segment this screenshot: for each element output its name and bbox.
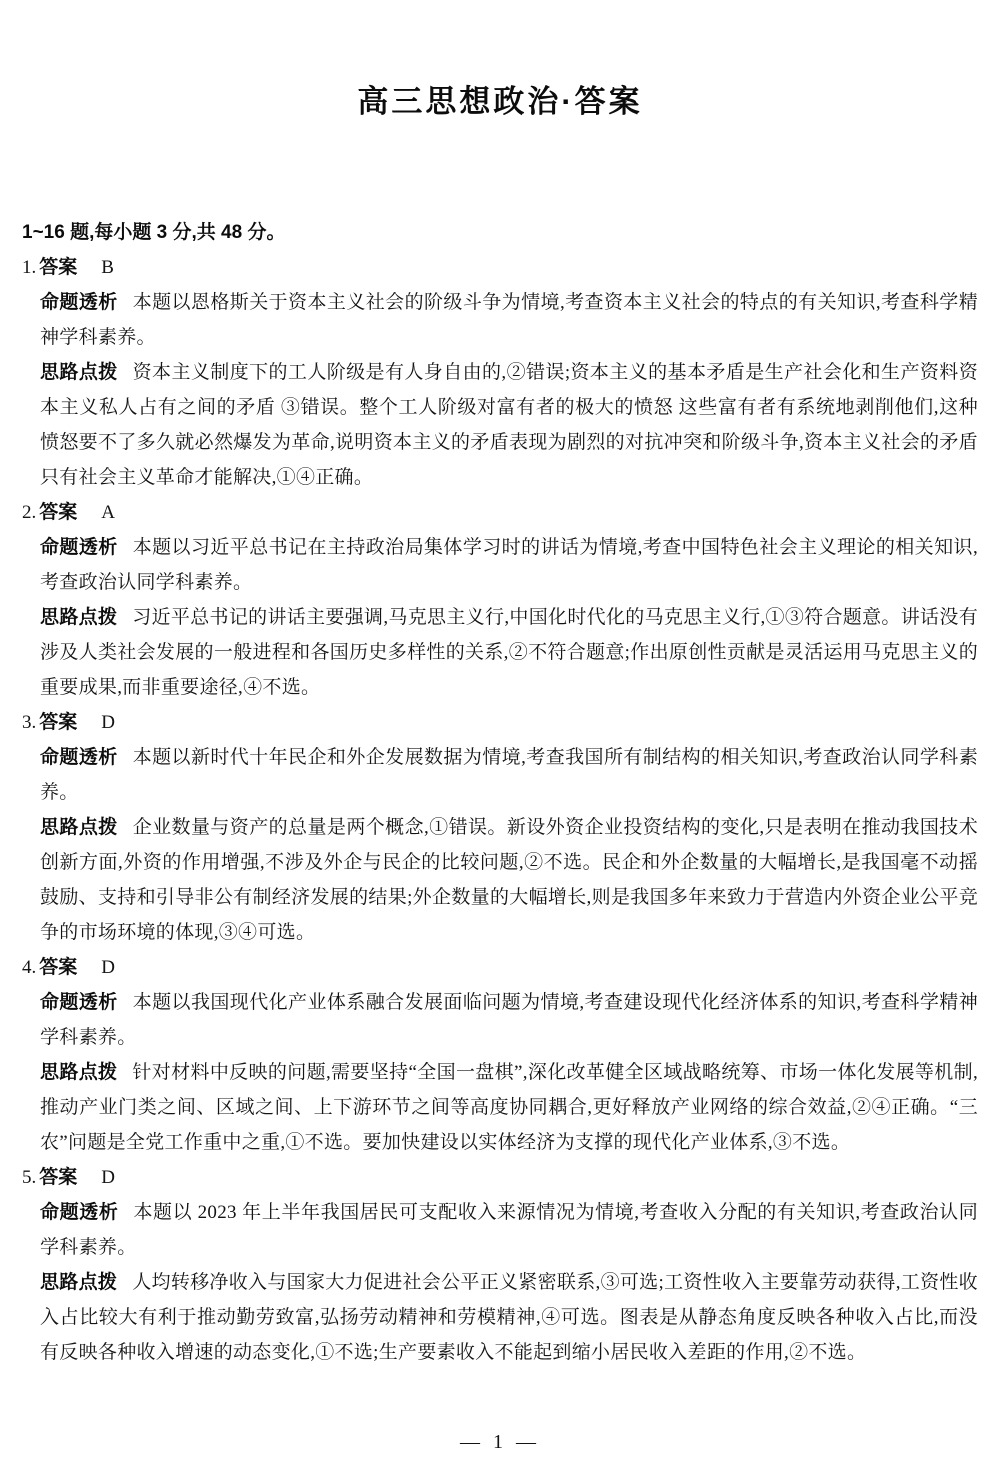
guidance-label: 思路点拨 <box>40 1062 117 1083</box>
question-number: 3. <box>22 712 36 733</box>
analysis-text: 本题以习近平总书记在主持政治局集体学习时的讲话为情境,考查中国特色社会主义理论的… <box>40 537 978 593</box>
guidance-label: 思路点拨 <box>40 1272 117 1293</box>
guidance-paragraph: 思路点拨针对材料中反映的问题,需要坚持“全国一盘棋”,深化改革健全区域战略统筹、… <box>40 1055 978 1160</box>
question-number: 1. <box>22 257 36 278</box>
answer-label: 答案 <box>39 957 77 978</box>
guidance-paragraph: 思路点拨资本主义制度下的工人阶级是有人身自由的,②错误;资本主义的基本矛盾是生产… <box>40 355 978 495</box>
answer-label: 答案 <box>39 1167 77 1188</box>
answer-label: 答案 <box>39 712 77 733</box>
answer-line: 5.答案D <box>22 1160 978 1195</box>
answer-key-page: 高三思想政治·答案 1~16 题,每小题 3 分,共 48 分。 1.答案B 命… <box>0 0 1000 1480</box>
answer-value: D <box>101 712 115 733</box>
analysis-label: 命题透析 <box>40 1202 118 1223</box>
answer-label: 答案 <box>39 502 77 523</box>
guidance-paragraph: 思路点拨习近平总书记的讲话主要强调,马克思主义行,中国化时代化的马克思主义行,①… <box>40 600 978 705</box>
question-3: 3.答案D 命题透析本题以新时代十年民企和外企发展数据为情境,考查我国所有制结构… <box>22 705 978 950</box>
analysis-paragraph: 命题透析本题以恩格斯关于资本主义社会的阶级斗争为情境,考查资本主义社会的特点的有… <box>40 285 978 355</box>
guidance-label: 思路点拨 <box>40 362 118 383</box>
guidance-label: 思路点拨 <box>40 817 118 838</box>
analysis-text: 本题以恩格斯关于资本主义社会的阶级斗争为情境,考查资本主义社会的特点的有关知识,… <box>40 292 978 348</box>
guidance-text: 企业数量与资产的总量是两个概念,①错误。新设外资企业投资结构的变化,只是表明在推… <box>40 817 978 943</box>
guidance-paragraph: 思路点拨企业数量与资产的总量是两个概念,①错误。新设外资企业投资结构的变化,只是… <box>40 810 978 950</box>
question-5: 5.答案D 命题透析本题以 2023 年上半年我国居民可支配收入来源情况为情境,… <box>22 1160 978 1370</box>
answer-value: A <box>101 502 115 523</box>
guidance-text: 人均转移净收入与国家大力促进社会公平正义紧密联系,③可选;工资性收入主要靠劳动获… <box>40 1272 978 1363</box>
guidance-text: 针对材料中反映的问题,需要坚持“全国一盘棋”,深化改革健全区域战略统筹、市场一体… <box>40 1062 978 1153</box>
question-number: 4. <box>22 957 36 978</box>
analysis-text: 本题以新时代十年民企和外企发展数据为情境,考查我国所有制结构的相关知识,考查政治… <box>40 747 978 803</box>
analysis-label: 命题透析 <box>40 747 118 768</box>
guidance-label: 思路点拨 <box>40 607 117 628</box>
page-title: 高三思想政治·答案 <box>22 76 978 121</box>
analysis-label: 命题透析 <box>40 292 118 313</box>
question-1: 1.答案B 命题透析本题以恩格斯关于资本主义社会的阶级斗争为情境,考查资本主义社… <box>22 250 978 495</box>
question-2: 2.答案A 命题透析本题以习近平总书记在主持政治局集体学习时的讲话为情境,考查中… <box>22 495 978 705</box>
answer-line: 4.答案D <box>22 950 978 985</box>
scoring-note: 1~16 题,每小题 3 分,共 48 分。 <box>22 215 978 250</box>
analysis-paragraph: 命题透析本题以习近平总书记在主持政治局集体学习时的讲话为情境,考查中国特色社会主… <box>40 530 978 600</box>
page-number: — 1 — <box>0 1431 1000 1454</box>
answer-value: B <box>101 257 114 278</box>
analysis-label: 命题透析 <box>40 992 118 1013</box>
answer-line: 1.答案B <box>22 250 978 285</box>
question-number: 2. <box>22 502 36 523</box>
analysis-paragraph: 命题透析本题以新时代十年民企和外企发展数据为情境,考查我国所有制结构的相关知识,… <box>40 740 978 810</box>
question-number: 5. <box>22 1167 36 1188</box>
analysis-paragraph: 命题透析本题以 2023 年上半年我国居民可支配收入来源情况为情境,考查收入分配… <box>40 1195 978 1265</box>
answer-line: 2.答案A <box>22 495 978 530</box>
question-4: 4.答案D 命题透析本题以我国现代化产业体系融合发展面临问题为情境,考查建设现代… <box>22 950 978 1160</box>
answer-value: D <box>101 1167 115 1188</box>
answer-line: 3.答案D <box>22 705 978 740</box>
analysis-text: 本题以 2023 年上半年我国居民可支配收入来源情况为情境,考查收入分配的有关知… <box>40 1202 978 1258</box>
guidance-paragraph: 思路点拨人均转移净收入与国家大力促进社会公平正义紧密联系,③可选;工资性收入主要… <box>40 1265 978 1370</box>
guidance-text: 习近平总书记的讲话主要强调,马克思主义行,中国化时代化的马克思主义行,①③符合题… <box>40 607 978 698</box>
analysis-label: 命题透析 <box>40 537 118 558</box>
analysis-paragraph: 命题透析本题以我国现代化产业体系融合发展面临问题为情境,考查建设现代化经济体系的… <box>40 985 978 1055</box>
guidance-text: 资本主义制度下的工人阶级是有人身自由的,②错误;资本主义的基本矛盾是生产社会化和… <box>40 362 978 488</box>
analysis-text: 本题以我国现代化产业体系融合发展面临问题为情境,考查建设现代化经济体系的知识,考… <box>40 992 978 1048</box>
answer-label: 答案 <box>39 257 77 278</box>
answer-value: D <box>101 957 115 978</box>
